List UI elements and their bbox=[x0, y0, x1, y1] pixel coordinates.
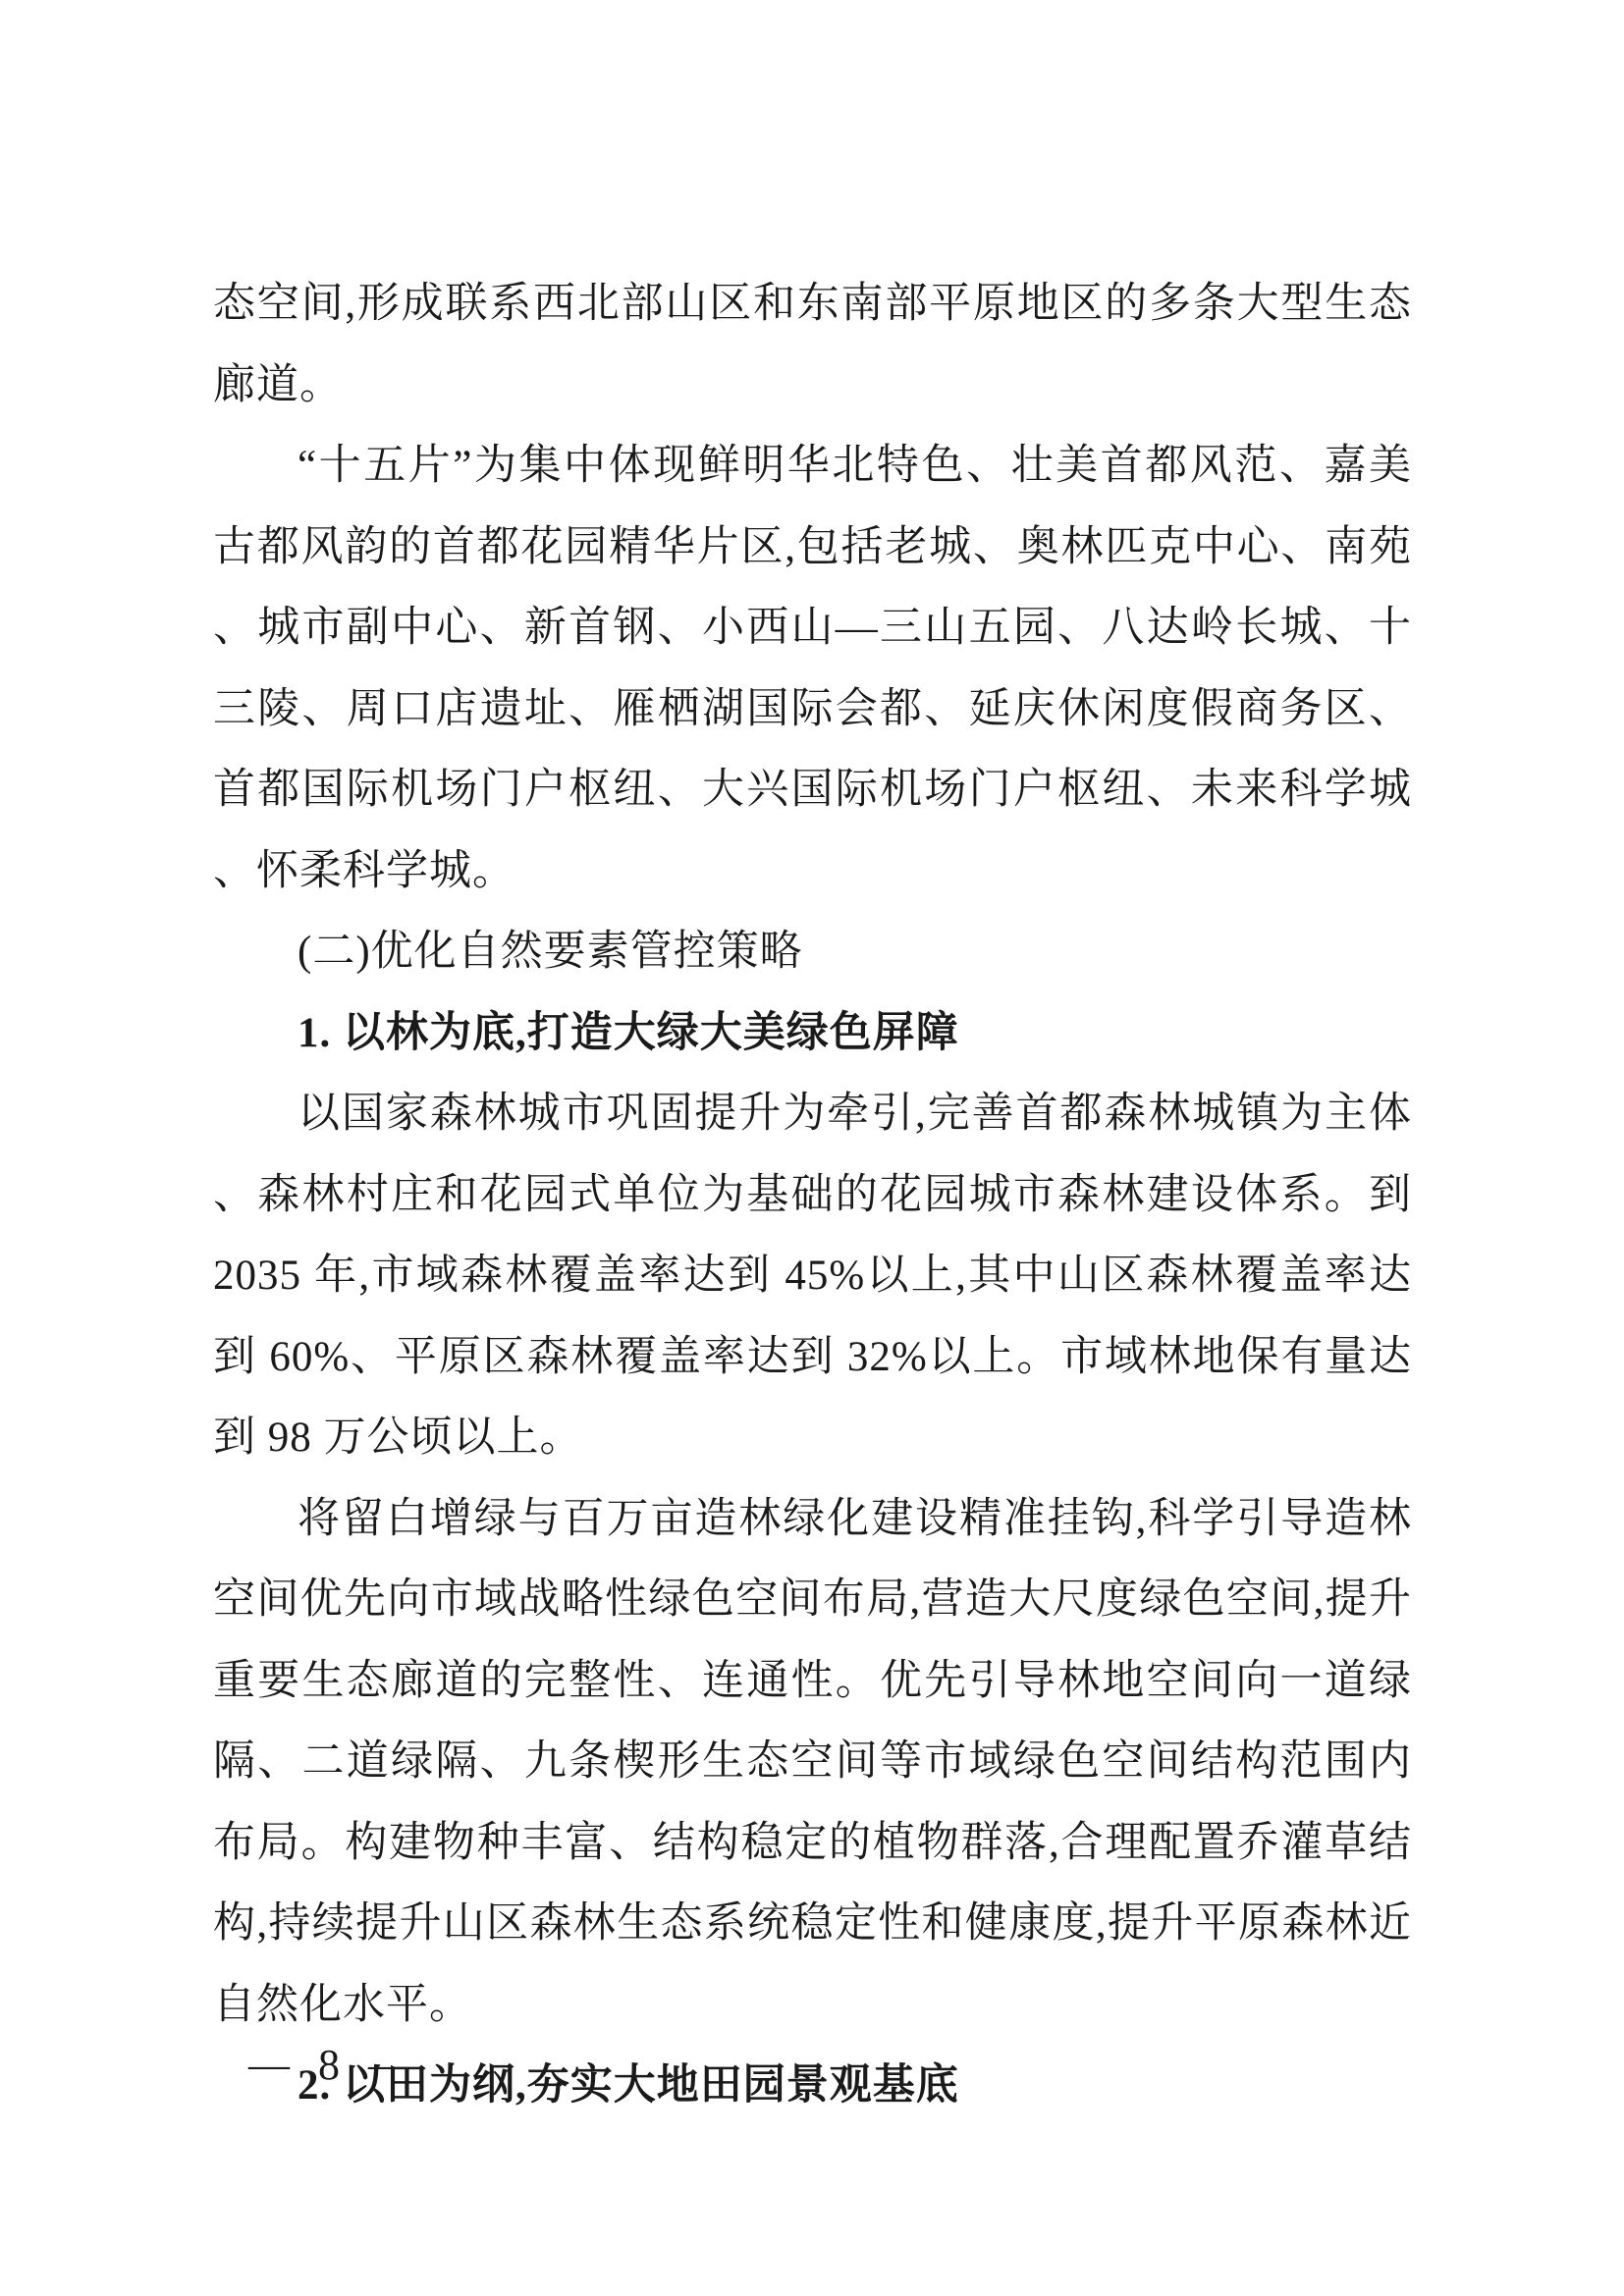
page-number: 8 bbox=[318, 2044, 340, 2087]
footer-dash-left: — bbox=[248, 2044, 290, 2087]
footer-dash-right: — bbox=[368, 2044, 409, 2087]
paragraph-afforestation-layout: 将留白增绿与百万亩造林绿化建设精准挂钩,科学引导造林空间优先向市域战略性绿色空间… bbox=[213, 1479, 1412, 2047]
paragraph-forest-coverage-targets: 以国家森林城市巩固提升为牵引,完善首都森林城镇为主体、森林村庄和花园式单位为基础… bbox=[213, 1074, 1412, 1479]
section-heading-optimize-natural-elements: (二)优化自然要素管控策略 bbox=[213, 912, 1412, 993]
document-page: 态空间,形成联系西北部山区和东南部平原地区的多条大型生态廊道。 “十五片”为集中… bbox=[0, 0, 1624, 2296]
page-footer: — 8 — bbox=[248, 2044, 409, 2087]
subheading-1-forest-green-barrier: 1. 以林为底,打造大绿大美绿色屏障 bbox=[213, 993, 1412, 1075]
paragraph-fifteen-garden-areas: “十五片”为集中体现鲜明华北特色、壮美首都风范、嘉美古都风韵的首都花园精华片区,… bbox=[213, 426, 1412, 912]
paragraph-ecological-corridors-continuation: 态空间,形成联系西北部山区和东南部平原地区的多条大型生态廊道。 bbox=[213, 264, 1412, 426]
document-body: 态空间,形成联系西北部山区和东南部平原地区的多条大型生态廊道。 “十五片”为集中… bbox=[213, 264, 1412, 2127]
